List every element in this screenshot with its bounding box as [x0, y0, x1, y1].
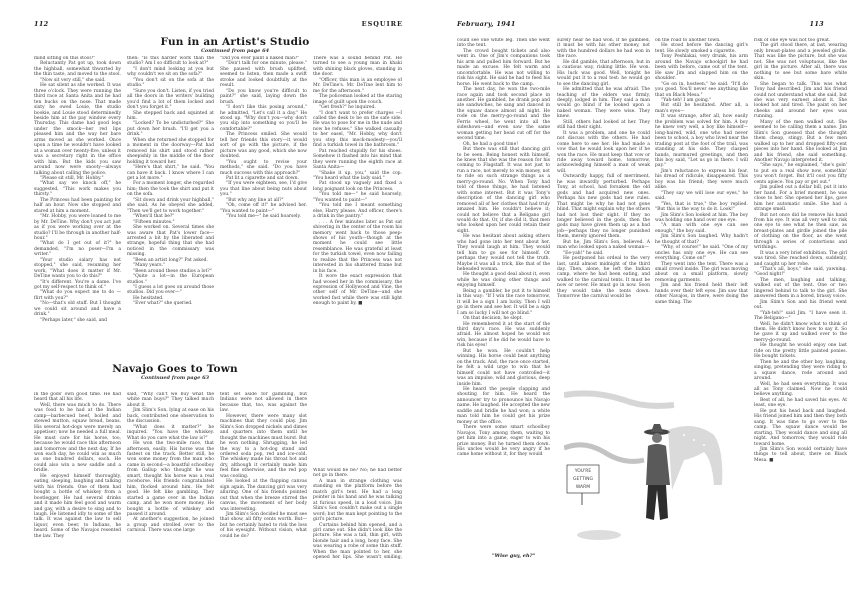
- running-head-date: February, 1941: [457, 20, 516, 28]
- paragraph: He remembered it at the start of the thi…: [457, 322, 550, 349]
- story-title: Navajo Goes to Town: [40, 363, 310, 375]
- paragraph: "Mr. Hobby, you were loaned to me by Mr.…: [34, 214, 121, 241]
- paragraph: "Sit down and drink your highball," she …: [127, 198, 214, 214]
- paragraph: They went into the tent. There was a sma…: [655, 262, 748, 284]
- paragraph: "You told me—" he said hoarsely.: [220, 214, 307, 219]
- paragraph: He was hesitant about asking others who …: [457, 234, 550, 272]
- paragraph: Jim Slim's Son decided he must see that …: [220, 512, 307, 539]
- paragraph: "They say we will lose our eyes," he sai…: [655, 191, 748, 202]
- paragraph: "You ought to revise your methods," she …: [220, 160, 307, 176]
- column-navajo-1: in the gods' own good time. He had heard…: [34, 392, 121, 554]
- paragraph: Jim Slim's Son and his friend went out.: [754, 300, 847, 311]
- paragraph: He stood before the dancing girl's tent.…: [655, 43, 748, 54]
- paragraph: He heard the people clapping and shoutin…: [457, 387, 550, 425]
- paragraph: "Officer, this man is an employee of Mr.…: [313, 78, 402, 94]
- paragraph: surely hear he had won. If he gambled, i…: [557, 38, 650, 60]
- paragraph: However, there were many slot machines t…: [220, 414, 307, 479]
- paragraph: "I don't mind looking at you but why cou…: [127, 67, 214, 78]
- paragraph: "You told me I meant something else, Har…: [313, 203, 402, 219]
- column-right-2: surely hear he had won. If he gambled, i…: [557, 38, 650, 398]
- paragraph: "What say we knock off," he suggested, "…: [34, 181, 121, 197]
- column-right-3: on the road to another town.He stood bef…: [655, 38, 748, 398]
- column-artist-2: then: "Is this harder work than the stud…: [127, 56, 214, 362]
- paragraph: in the gods' own good time. He had heard…: [34, 392, 121, 403]
- paragraph: It was strange, after all, how easily th…: [655, 114, 748, 169]
- page-number-right: 113: [810, 20, 824, 28]
- paragraph: tent set aside for gambling, but Indians…: [220, 392, 307, 414]
- paragraph: "You told me—" he said hoarsely, "You wa…: [313, 192, 402, 203]
- paragraph: He looked at the flapping canvas sign ag…: [220, 479, 307, 512]
- paragraph: He did gamble, that afternoon, but in a …: [557, 60, 650, 87]
- paragraph: "What does it matter?" he inquired. "You…: [127, 425, 214, 441]
- svg-text:YOU'RE: YOU'RE: [574, 468, 592, 474]
- paragraph: "Oh, come off it!" he advised her. "You …: [220, 203, 307, 214]
- paragraph: The next day, he won the two-mile race a…: [457, 87, 550, 142]
- paragraph: Best of all, he had saved his eyes. At l…: [754, 398, 847, 409]
- paragraph: "Quite a lot—in the European studios.": [127, 274, 214, 285]
- paragraph: Jim's reluctance to express his fear, hi…: [655, 169, 748, 191]
- paragraph: It was a very brief exhibition. The girl…: [754, 251, 847, 267]
- paragraph: "Ever what?" she queried.: [127, 301, 214, 306]
- paragraph: It was a problem, and one he could not d…: [557, 131, 650, 175]
- paragraph: Curtains behind him opened, and a girl c…: [313, 523, 402, 560]
- paragraph: But not once did he remove his hand from…: [754, 213, 847, 251]
- paragraph: "I guess a lot goes on around those stud…: [127, 285, 214, 296]
- paragraph: Jim Slim's Son, lying at ease on his bac…: [127, 408, 214, 424]
- paragraph: Tony Peshlakai, very drunk, his arm arou…: [655, 54, 748, 81]
- paragraph: "I don't like this posing around," he ad…: [220, 105, 307, 132]
- paragraph: "No—that's old stuff. But I thought we c…: [34, 301, 121, 317]
- paragraph: A man in strange clothing was standing o…: [313, 479, 402, 523]
- column-navajo-3: tent set aside for gambling, but Indians…: [220, 392, 307, 554]
- paragraph: "What do you expect me to do —flirt with…: [34, 290, 121, 301]
- paragraph: He admitted that he was afraid. The teac…: [557, 87, 650, 120]
- svg-text:WARM: WARM: [576, 484, 590, 490]
- paragraph: Still, others had looked at her. They st…: [557, 120, 650, 131]
- paragraph: "Yah-teh!" said Jim. "I have seen it. Th…: [754, 311, 847, 322]
- paragraph: could see one white leg. Then she went i…: [457, 38, 550, 49]
- paragraph: "You don't sit on the sofa at the studio…: [127, 78, 214, 89]
- paragraph: At another's suggestion, he joined a gro…: [127, 517, 214, 533]
- paragraph: "Shake it up, you," said the cop. "You h…: [313, 171, 402, 182]
- continued-from: Continued from page 63: [40, 375, 310, 382]
- paragraph: "I don't want to prefer charges —I calle…: [313, 111, 402, 149]
- svg-text:GETTING: GETTING: [573, 476, 593, 482]
- paragraph: What would he be? No; he had better not …: [313, 468, 402, 479]
- paragraph: He thought he would enjoy one last ride …: [754, 343, 847, 359]
- paragraph: The Princess had been painting for half …: [34, 198, 121, 214]
- paragraph: She began to talk. This was what Tony ha…: [754, 82, 847, 120]
- paragraph: "If you were eighteen, see, I'd give you…: [220, 181, 307, 197]
- paragraph: He postponed his ordeal to the very last…: [557, 256, 650, 300]
- paragraph: The men, laughing and talking, walked ou…: [754, 278, 847, 300]
- paragraph: Jim Slim's Son would certainly have thin…: [754, 447, 847, 463]
- paragraph: "Do you know you're difficult to paint?"…: [220, 89, 307, 105]
- paragraph: The crowd bought tickets and also went i…: [457, 49, 550, 87]
- paragraph: Well, there was much to do. There was fo…: [34, 403, 121, 474]
- paragraph: "That's all, boys," she said, yawning. "…: [754, 267, 847, 278]
- paragraph: "Don't talk for one minute, please." She…: [220, 61, 307, 88]
- paragraph: "Yes, that is true," the boy replied. "B…: [655, 202, 748, 213]
- paragraph: Well, he didn't know what to think of th…: [754, 322, 847, 344]
- paragraph: "Your studio salary has not stopped," sh…: [34, 258, 121, 280]
- paragraph: Then he and the other boy, laughing, sin…: [754, 360, 847, 382]
- paragraph: But still he hesitated. After all, a man…: [655, 103, 748, 114]
- paragraph: When she returned she stopped for a mome…: [127, 138, 214, 165]
- running-head-esquire: ESQUIRE: [362, 20, 403, 28]
- page-113: February, 1941 113 could see one white l…: [429, 0, 858, 600]
- paragraph: He enjoyed himself thoroughly, eating, s…: [34, 474, 121, 539]
- continued-from: Continued from page 64: [40, 48, 430, 55]
- column-right-1: could see one white leg. Then she went i…: [457, 38, 550, 534]
- paragraph: Pat stood up vaguely and fixed a long po…: [313, 181, 402, 192]
- paragraph: There was a sound behind Pat. He turned …: [313, 56, 402, 78]
- paragraph: "Go on in, hosteen," he said. "It'll do …: [655, 82, 748, 98]
- paragraph: There were some smart schoolboy Navajos,…: [457, 425, 550, 458]
- story-header-navajo: Navajo Goes to Town Continued from page …: [40, 363, 310, 382]
- paragraph: "She says," he explained, "she's goin' t…: [754, 163, 847, 185]
- column-navajo-4: What would he be? No; he had better not …: [313, 468, 402, 560]
- mountie-drawing-icon: YOU'RE GETTING WARM: [564, 390, 724, 560]
- paragraph: "It's different. You're a dame. I've got…: [34, 280, 121, 291]
- story-title: Fun in an Artist's Studio: [40, 36, 430, 48]
- paragraph: Pat reached stupidly for his shoes. Some…: [313, 149, 402, 171]
- paragraph: For a moment longer, she regarded him; t…: [127, 181, 214, 197]
- paragraph: "What do I get out of it?" he demanded, …: [34, 241, 121, 257]
- paragraph: He sat silent as she worked. It was thre…: [34, 83, 121, 176]
- paragraph: The Princess smiled. She would tell her …: [220, 132, 307, 159]
- paragraph: "Sure you don't. Listen, if you tried al…: [127, 89, 214, 111]
- paragraph: Many of the men walked out. She seemed t…: [754, 120, 847, 164]
- paragraph: "Here's that shirt," he said. "You can h…: [127, 165, 214, 181]
- paragraph: Jim Slim's Son looked at him. The boy wa…: [655, 213, 748, 224]
- paragraph: But there was still that dancing girl to…: [457, 147, 550, 234]
- paragraph: But he, Jim Slim's Son, believed. A man …: [557, 240, 650, 251]
- cartoon-mountie-illustration: YOU'RE GETTING WARM: [564, 390, 724, 590]
- column-artist-3: "Did you ever paint a naked man?""Don't …: [220, 56, 307, 346]
- paragraph: He put his head back and laughed. His fr…: [754, 409, 847, 447]
- paragraph: "Why, of course!" he said. "One of my un…: [655, 245, 748, 261]
- paragraph: Being a gambler, he put it to himself in…: [457, 289, 550, 316]
- paragraph: He thought a good deal about it, even wh…: [457, 272, 550, 288]
- paragraph: It wore the exact expression that had wo…: [313, 274, 402, 307]
- column-artist-4: There was a sound behind Pat. He turned …: [313, 56, 402, 462]
- paragraph: "Perhaps later," she said, and: [34, 318, 121, 323]
- paragraph: Jim and his friend held their left hands…: [655, 283, 748, 305]
- paragraph: "Locked? To be undisturbed?" She put dow…: [127, 121, 214, 137]
- paragraph: He won the two-mile race, that afternoon…: [127, 441, 214, 517]
- column-artist-1: mind sitting on this stool?"Reluctantly …: [34, 56, 121, 362]
- paragraph: The policeman looked at the staring imag…: [313, 94, 402, 105]
- paragraph: then: "Is this harder work than the stud…: [127, 56, 214, 67]
- paragraph: She stepped back and squinted at him.: [127, 111, 214, 122]
- paragraph: Jim pulled out a dollar bill, put it int…: [754, 185, 847, 212]
- paragraph: The girl stood there, at last, wearing o…: [754, 43, 847, 81]
- paragraph: Well, he had seen everything. It was all…: [754, 382, 847, 398]
- paragraph: She worked on. Several times she was awa…: [127, 225, 214, 258]
- paragraph: But he won. He couldn't help winning. Hi…: [457, 349, 550, 387]
- paragraph: Outwardly happy, full of merriment, he w…: [557, 174, 650, 239]
- cartoon-caption: "Wise guy, eh?": [492, 553, 535, 559]
- page-112: 112 ESQUIRE Fun in an Artist's Studio Co…: [0, 0, 429, 600]
- story-header-artist-studio: Fun in an Artist's Studio Continued from…: [40, 36, 430, 55]
- paragraph: said, "Why can't we buy what the white m…: [127, 392, 214, 408]
- column-navajo-2: said, "Why can't we buy what the white m…: [127, 392, 214, 554]
- paragraph: "A man with one eye can see enough," the…: [655, 223, 748, 234]
- paragraph: Reluctantly Pat got up, took down the hi…: [34, 61, 121, 77]
- paragraph: Jim Slim's Son laughed. Why hadn't he th…: [655, 234, 748, 245]
- column-right-4: risk of one eye was not too great.The gi…: [754, 38, 847, 562]
- page-number-left: 112: [34, 20, 48, 28]
- paragraph: . . . A few minutes later as Pat sat shi…: [313, 220, 402, 275]
